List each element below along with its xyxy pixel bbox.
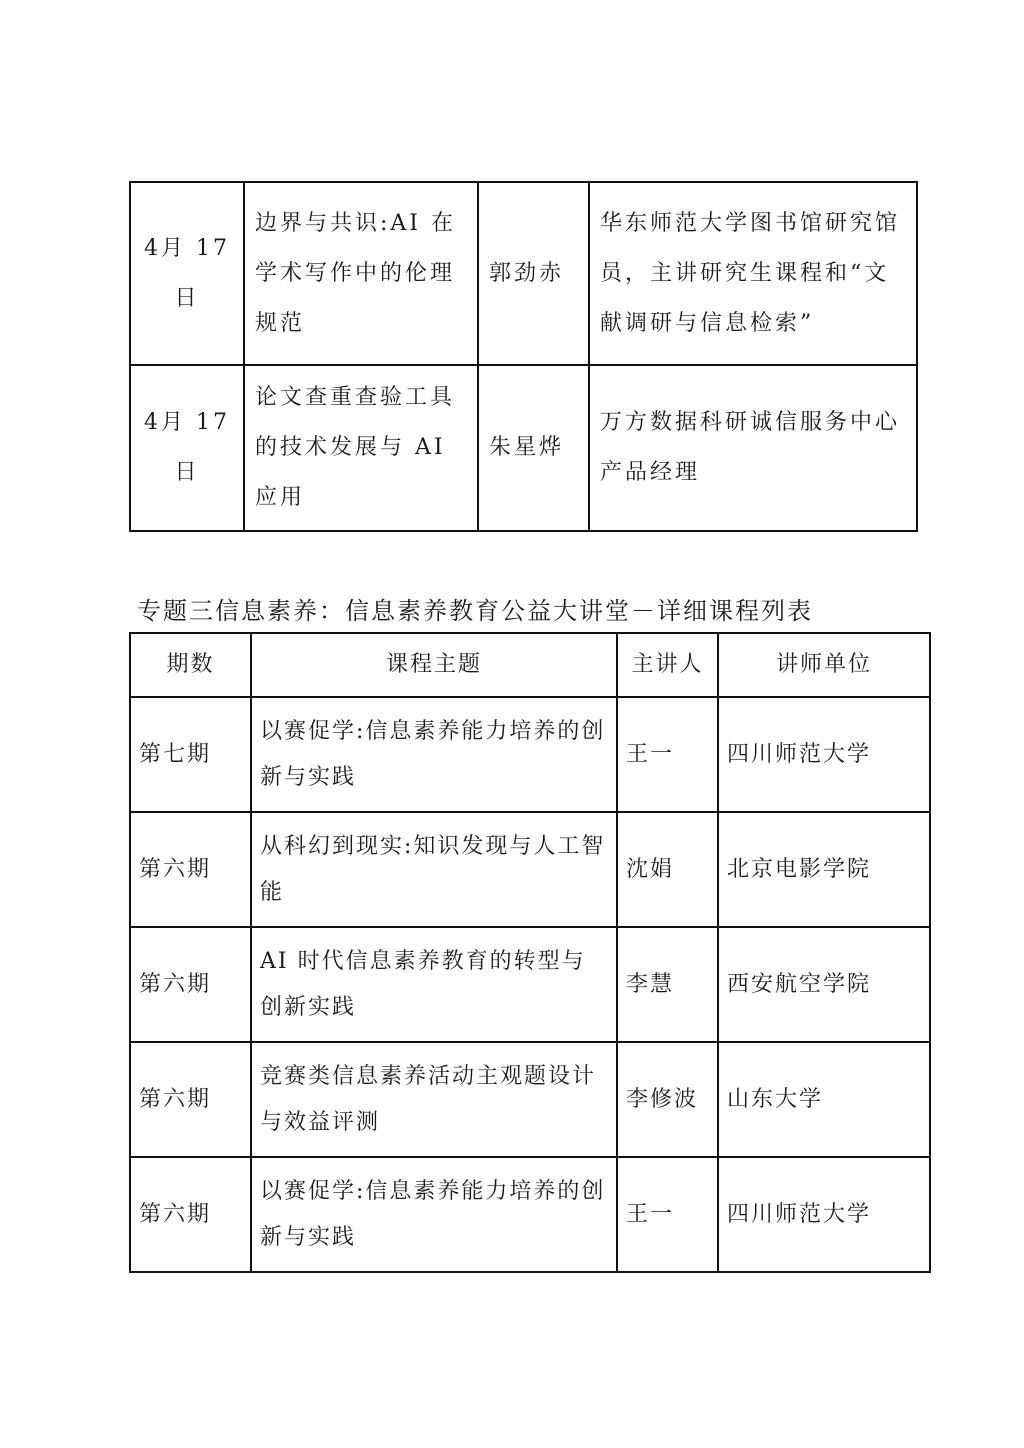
header-organization: 讲师单位 — [718, 633, 930, 697]
table-row: 第六期 竞赛类信息素养活动主观题设计与效益评测 李修波 山东大学 — [130, 1042, 930, 1157]
topic-cell: 论文查重查验工具的技术发展与 AI 应用 — [244, 365, 478, 531]
topic-cell: AI 时代信息素养教育的转型与创新实践 — [251, 927, 617, 1042]
header-speaker: 主讲人 — [617, 633, 718, 697]
organization-cell: 华东师范大学图书馆研究馆员，主讲研究生课程和“文献调研与信息检索” — [589, 182, 917, 365]
organization-cell: 山东大学 — [718, 1042, 930, 1157]
issue-cell: 第六期 — [130, 1042, 251, 1157]
topic-cell: 边界与共识:AI 在学术写作中的伦理规范 — [244, 182, 478, 365]
table-row: 4月 17日 边界与共识:AI 在学术写作中的伦理规范 郭劲赤 华东师范大学图书… — [130, 182, 917, 365]
speaker-cell: 李慧 — [617, 927, 718, 1042]
speaker-cell: 王一 — [617, 1157, 718, 1272]
date-cell: 4月 17日 — [130, 365, 244, 531]
table-row: 第六期 以赛促学:信息素养能力培养的创新与实践 王一 四川师范大学 — [130, 1157, 930, 1272]
table-row: 第六期 从科幻到现实:知识发现与人工智能 沈娟 北京电影学院 — [130, 812, 930, 927]
organization-cell: 四川师范大学 — [718, 1157, 930, 1272]
organization-cell: 四川师范大学 — [718, 697, 930, 812]
speaker-cell: 李修波 — [617, 1042, 718, 1157]
issue-cell: 第六期 — [130, 927, 251, 1042]
speaker-cell: 朱星烨 — [478, 365, 589, 531]
date-cell: 4月 17日 — [130, 182, 244, 365]
table-row: 第六期 AI 时代信息素养教育的转型与创新实践 李慧 西安航空学院 — [130, 927, 930, 1042]
section-title: 专题三信息素养：信息素养教育公益大讲堂－详细课程列表 — [137, 593, 813, 629]
issue-cell: 第七期 — [130, 697, 251, 812]
issue-cell: 第六期 — [130, 1157, 251, 1272]
topic-cell: 以赛促学:信息素养能力培养的创新与实践 — [251, 697, 617, 812]
header-topic: 课程主题 — [251, 633, 617, 697]
table-row: 4月 17日 论文查重查验工具的技术发展与 AI 应用 朱星烨 万方数据科研诚信… — [130, 365, 917, 531]
speaker-cell: 王一 — [617, 697, 718, 812]
topic-cell: 从科幻到现实:知识发现与人工智能 — [251, 812, 617, 927]
organization-cell: 北京电影学院 — [718, 812, 930, 927]
topic-cell: 竞赛类信息素养活动主观题设计与效益评测 — [251, 1042, 617, 1157]
table-header-row: 期数 课程主题 主讲人 讲师单位 — [130, 633, 930, 697]
lecture-schedule-table-continued: 4月 17日 边界与共识:AI 在学术写作中的伦理规范 郭劲赤 华东师范大学图书… — [129, 181, 918, 532]
organization-cell: 西安航空学院 — [718, 927, 930, 1042]
table-row: 第七期 以赛促学:信息素养能力培养的创新与实践 王一 四川师范大学 — [130, 697, 930, 812]
topic-cell: 以赛促学:信息素养能力培养的创新与实践 — [251, 1157, 617, 1272]
speaker-cell: 沈娟 — [617, 812, 718, 927]
issue-cell: 第六期 — [130, 812, 251, 927]
organization-cell: 万方数据科研诚信服务中心产品经理 — [589, 365, 917, 531]
header-issue: 期数 — [130, 633, 251, 697]
course-list-table: 期数 课程主题 主讲人 讲师单位 第七期 以赛促学:信息素养能力培养的创新与实践… — [129, 632, 931, 1273]
speaker-cell: 郭劲赤 — [478, 182, 589, 365]
